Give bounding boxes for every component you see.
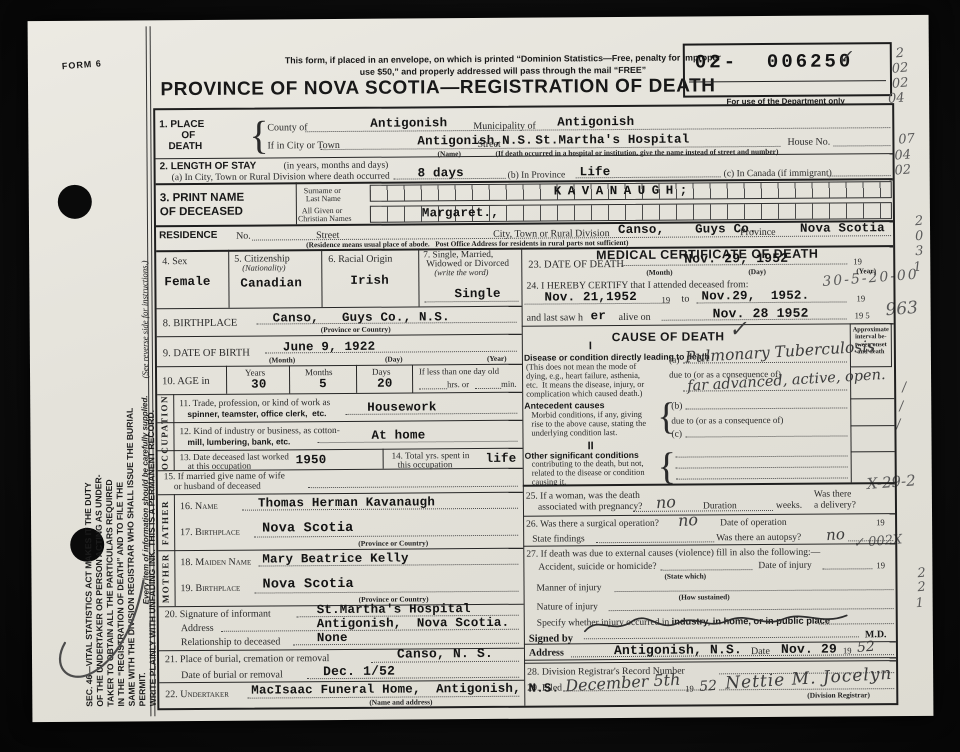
sex-label: 4. Sex: [162, 257, 187, 268]
dotted-line: [676, 466, 848, 468]
dotted-line: [822, 568, 872, 569]
rule: [356, 365, 357, 393]
margin-mark: 04: [894, 148, 912, 163]
lead-cause-label: complication which caused death.): [526, 390, 642, 400]
dotted-line: [697, 301, 847, 303]
dotted-line: [221, 629, 519, 632]
rule: [289, 365, 290, 393]
envelope-note-line1: This form, if placed in an envelope, on …: [285, 52, 721, 65]
delivery-label: Was there: [814, 490, 852, 500]
father-strip-label: FATHER: [158, 494, 174, 550]
dotted-line: [828, 175, 891, 176]
dotted-line: [475, 388, 501, 389]
informant-address-label: Address: [181, 624, 214, 635]
municipality-value: Antigonish: [557, 116, 634, 130]
scanned-death-certificate: FORM 6 SEC. 46—VITAL STATISTICS ACT MAKE…: [28, 15, 934, 722]
due-to-label: due to (or as a consequence of): [671, 416, 783, 426]
autopsy-value: no: [826, 527, 846, 544]
dotted-line: [525, 303, 670, 305]
to-label: to: [681, 295, 689, 306]
residence-division-value: Canso, Guys Co.: [618, 223, 757, 237]
mother-birthplace-label: 19. Birthplace: [180, 584, 240, 595]
occupation-strip-label: OCCUPATION: [157, 394, 174, 470]
citizenship-sublabel: (Nationality): [242, 264, 285, 273]
margin-mark: /: [896, 418, 901, 432]
rule: [228, 250, 229, 308]
rule: [296, 182, 297, 224]
margin-mark: 2: [895, 47, 904, 61]
department-number-box: 02- 006250 ✓: [683, 42, 892, 97]
racial-origin-value: Irish: [350, 275, 389, 288]
delivery-label2: a delivery?: [814, 501, 856, 511]
informant-label: 20. Signature of informant: [165, 609, 271, 620]
given-names-value: Margaret.,: [422, 207, 499, 221]
marital-status-note: (write the word): [434, 269, 488, 278]
given-names-label2: Christian Names: [298, 215, 352, 224]
dotted-line: [683, 361, 847, 363]
burial-date-value: Dec. 1/52: [323, 665, 395, 679]
residence-no-label: No.: [236, 232, 251, 243]
county-label: County of: [267, 123, 307, 134]
city-town-label: If in City or Town: [267, 141, 340, 152]
marital-status-value: Single: [454, 288, 500, 301]
year-19: 19: [876, 561, 885, 570]
surname-value: KAVANAUGH;: [554, 185, 694, 199]
industry-label2: mill, lumbering, bank, etc.: [187, 437, 290, 447]
residence-province-label: Province: [740, 228, 776, 239]
length-of-stay-label: 2. LENGTH OF STAY: [160, 162, 257, 173]
punch-hole: [58, 185, 92, 219]
roman-one: I: [589, 341, 592, 353]
last-worked-label2: at this occupation: [188, 462, 252, 472]
accident-label: Accident, suicide or homicide?: [538, 563, 656, 574]
registration-form: 1. PLACE OF DEATH { County of Antigonish…: [153, 103, 898, 710]
dotted-line: [676, 455, 848, 457]
mother-maiden-name-label: 18. Maiden Name: [180, 558, 251, 569]
year-19: 19: [685, 685, 694, 694]
date-of-death-label: 23. DATE OF DEATH: [528, 259, 624, 271]
undertaker-note: (Name and address): [369, 698, 432, 706]
physician-address-value: Antigonish, N.S.: [614, 643, 742, 658]
dotted-line: [685, 435, 847, 437]
margin-mark: 02: [892, 76, 910, 91]
underta​ker-label: 22. Undertaker: [165, 690, 229, 701]
year-19: 19: [856, 294, 865, 303]
rule: [850, 425, 894, 426]
margin-mark: /: [899, 400, 904, 414]
rule: [158, 548, 523, 552]
dotted-line: [425, 301, 519, 303]
rule: [851, 451, 895, 452]
age-label: 10. AGE in: [162, 376, 210, 387]
margin-mark: 1: [915, 597, 924, 611]
state-which-note: (State which): [664, 572, 706, 580]
stay-province-label: (b) In Province: [508, 171, 566, 181]
rule: [157, 334, 522, 338]
year-19: 19: [843, 646, 852, 655]
rule: [157, 306, 522, 310]
check-mark: ✓: [728, 318, 748, 342]
operation-date-label: Date of operation: [720, 519, 787, 529]
margin-mark: 07: [898, 132, 916, 147]
surname-label2: Last Name: [306, 195, 341, 204]
check-mark: ✓: [836, 48, 853, 69]
last-saw-label: and last saw h: [527, 313, 583, 324]
margin-mark: 0: [915, 230, 924, 244]
age-less-than-day-label: If less than one day old: [419, 367, 499, 377]
margin-mark: 2: [917, 581, 926, 595]
margin-mark: 02: [891, 61, 909, 76]
dotted-line: [615, 589, 894, 592]
physician-signature: [579, 609, 864, 639]
operation-value: no: [678, 512, 699, 530]
relationship-label: Relationship to deceased: [181, 637, 280, 648]
registration-number: 02- 006250: [695, 52, 854, 73]
rule: [418, 248, 419, 306]
rule: [689, 80, 886, 82]
year-19: 19: [876, 518, 885, 527]
place-of-death-label: OF: [181, 131, 195, 142]
father-birthplace-value: Nova Scotia: [262, 522, 353, 537]
age-min-label: min.: [501, 380, 517, 389]
year-19: 19: [853, 257, 862, 266]
dotted-line: [318, 441, 518, 443]
month-note: (Month): [646, 269, 672, 277]
rule: [412, 364, 413, 392]
spouse-label2: or husband of deceased: [174, 483, 261, 493]
year-19: 19 5: [855, 311, 870, 320]
father-birthplace-label: 17. Birthplace: [180, 528, 240, 539]
filed-date-value: December 5th: [565, 672, 681, 696]
dotted-line: [596, 541, 714, 543]
trade-label2: spinner, teamster, office clerk, etc.: [187, 409, 326, 419]
age-years-value: 30: [251, 378, 266, 391]
father-birthplace-note: (Province or Country): [358, 539, 428, 547]
rule: [321, 249, 322, 307]
dotted-line: [683, 389, 847, 391]
cause-a-label: (a): [669, 357, 680, 367]
street-value: St.Martha's Hospital: [535, 134, 689, 148]
margin-mark: 02: [894, 163, 912, 178]
autopsy-label: Was there an autopsy?: [716, 534, 801, 545]
rule: [850, 398, 894, 399]
racial-origin-label: 6. Racial Origin: [328, 255, 392, 266]
name-note: (Name): [437, 150, 460, 158]
place-of-death-label: DEATH: [168, 142, 202, 153]
antecedent-label: underlying condition last.: [531, 429, 617, 438]
brace: {: [249, 111, 269, 158]
house-no-label: House No.: [787, 138, 830, 149]
print-name-label: 3. PRINT NAME: [160, 192, 244, 205]
rule: [383, 449, 384, 469]
pregnancy-value: no: [655, 494, 676, 512]
rule: [524, 660, 896, 664]
length-of-stay-sublabel: (in years, months and days): [284, 162, 389, 173]
dotted-line: [685, 407, 847, 409]
year-19: 19: [661, 296, 670, 305]
dotted-line: [419, 388, 447, 389]
date-label: Date: [751, 647, 770, 658]
page-title: PROVINCE OF NOVA SCOTIA—REGISTRATION OF …: [143, 76, 733, 100]
margin-mark: /: [902, 381, 907, 395]
street-note: (If death occurred in a hospital or inst…: [495, 148, 778, 158]
residence-division-label: City, Town or Rural Division: [493, 229, 610, 240]
division-registrar-note: (Division Registrar): [807, 691, 870, 699]
month-note: (Month): [269, 356, 295, 364]
address-label: Address: [529, 648, 564, 659]
mother-birthplace-value: Nova Scotia: [262, 578, 353, 593]
dotted-line: [576, 176, 721, 178]
operation-label: 26. Was there a surgical operation?: [526, 520, 659, 531]
pregnancy-label2: associated with pregnancy?: [538, 503, 643, 514]
rule: [157, 392, 522, 396]
weeks-label: weeks.: [776, 502, 802, 512]
pencil-check-mark: [43, 572, 159, 693]
age-months-value: 5: [319, 378, 327, 391]
cause-of-death-title: CAUSE OF DEATH: [612, 330, 725, 343]
rule: [523, 482, 895, 487]
year-note: (Year): [487, 355, 507, 363]
margin-mark: 2: [914, 215, 923, 229]
cause-b-label: (b): [671, 403, 682, 413]
filed-year-value: 52: [699, 679, 718, 695]
total-years-label2: this occupation: [398, 460, 453, 470]
age-days-value: 20: [377, 378, 392, 391]
burial-date-label: Date of burial or removal: [181, 670, 283, 681]
residence-province-value: Nova Scotia: [800, 222, 885, 236]
manner-of-injury-label: Manner of injury: [537, 584, 602, 594]
burial-place-label: 21. Place of burial, cremation or remova…: [165, 654, 329, 666]
dotted-line: [833, 145, 890, 146]
rule: [226, 366, 227, 394]
signed-year-value: 52: [857, 640, 876, 656]
form-number: FORM 6: [62, 59, 103, 71]
print-name-label2: OF DECEASED: [160, 206, 243, 219]
dotted-line: [676, 477, 848, 479]
stay-canada-label: (c) In Canada (if immigrant): [724, 170, 832, 181]
dotted-line: [307, 677, 519, 679]
birthplace-note: (Province or Country): [321, 326, 391, 334]
residence-label: RESIDENCE: [159, 231, 217, 242]
alive-on-label: alive on: [619, 313, 651, 324]
city-town-value: Antigonish,N.S.: [417, 135, 533, 149]
signed-date-value: Nov. 29: [781, 643, 837, 657]
dotted-line: [848, 540, 893, 541]
date-of-birth-label: 9. DATE OF BIRTH: [163, 348, 250, 360]
age-hrs-label: hrs. or: [447, 380, 469, 389]
external-causes-label: 27. If death was due to external causes …: [526, 549, 820, 561]
how-sustained-note: (How sustained): [679, 593, 730, 601]
margin-mark: 3: [915, 245, 924, 259]
envelope-note-line2: use $50,” and properly addressed will pa…: [360, 64, 647, 76]
day-note: (Day): [385, 356, 403, 364]
column-divider: [521, 248, 525, 706]
rule: [523, 513, 895, 517]
father-name-label: 16. Name: [180, 502, 218, 513]
stay-city-label: (a) In City, Town or Rural Division wher…: [172, 173, 390, 184]
state-findings-label: State findings: [532, 535, 585, 545]
filed-label: 29. Filed: [527, 683, 562, 694]
county-value: Antigonish: [370, 117, 447, 131]
dotted-line: [345, 413, 517, 415]
year-note: (Year): [856, 267, 876, 275]
last-worked-value: 1950: [296, 454, 327, 467]
citizenship-value: Canadian: [240, 277, 302, 291]
margin-see-reverse-note: (See reverse side for instructions.): [139, 170, 153, 378]
date-of-injury-label: Date of injury: [758, 562, 811, 572]
municipality-label: Municipality of: [473, 122, 536, 133]
pronoun-value: er: [591, 310, 606, 323]
dotted-line: [371, 661, 519, 663]
dotted-line: [293, 643, 519, 646]
mother-strip-label: MOTHER: [158, 550, 174, 606]
brace: {: [658, 445, 677, 489]
rule: [157, 420, 522, 424]
dotted-line: [308, 486, 518, 488]
burial-place-value: Canso, N. S.: [397, 647, 493, 661]
cause-c-label: (c): [671, 431, 682, 441]
sex-value: Female: [164, 276, 210, 289]
day-note: (Day): [748, 268, 766, 276]
birthplace-label: 8. BIRTHPLACE: [163, 318, 238, 330]
total-years-value: life: [486, 453, 517, 466]
